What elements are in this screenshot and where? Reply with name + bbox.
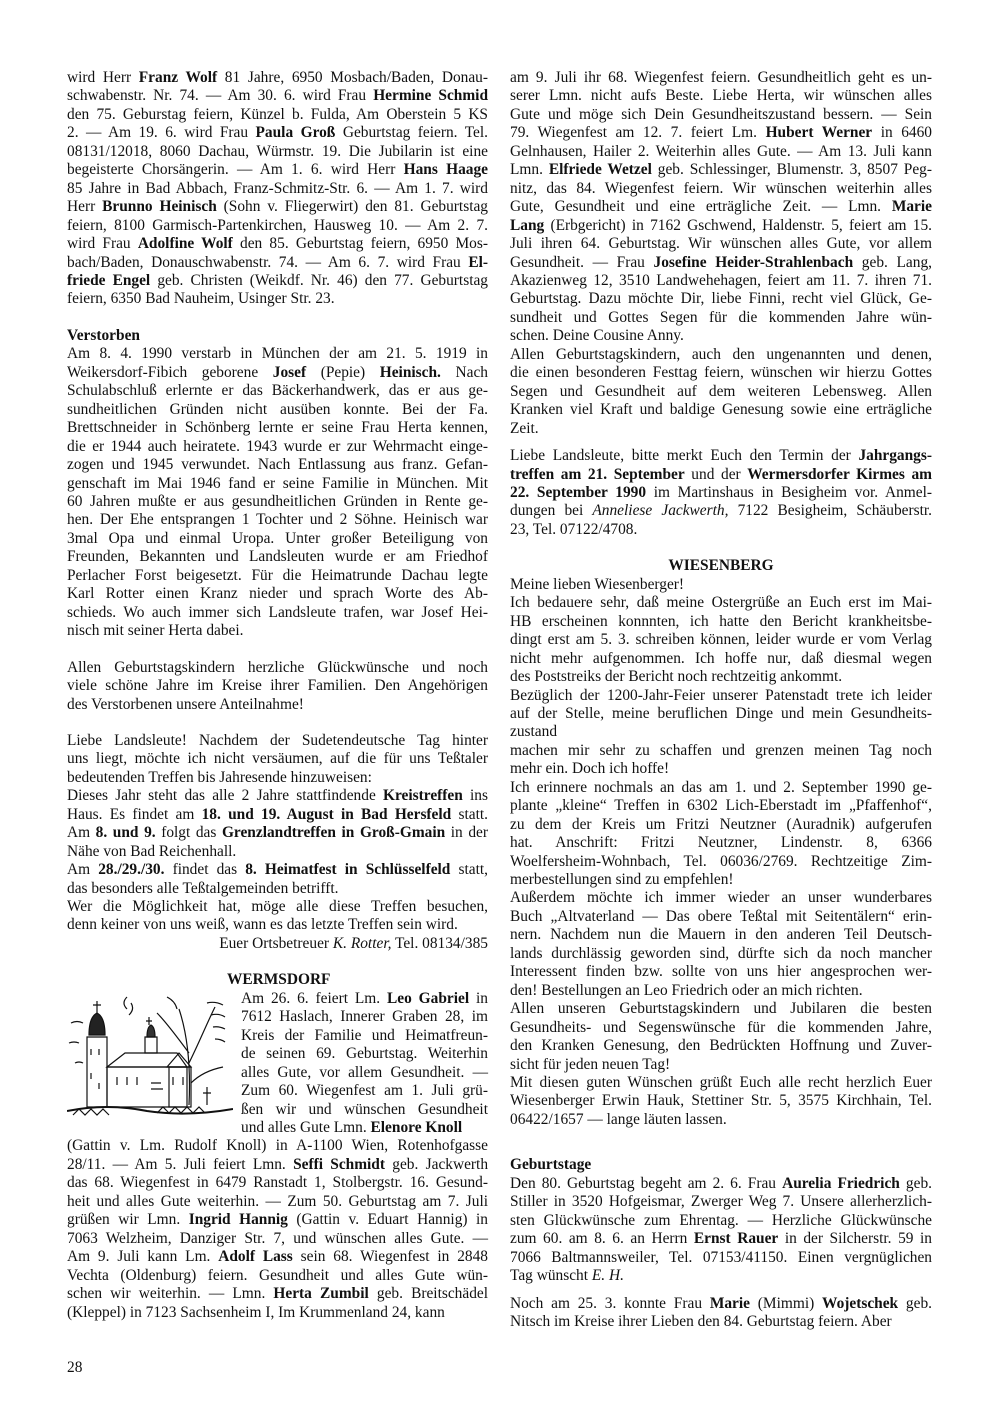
bold-name: Ingrid Hannig xyxy=(189,1211,288,1228)
text-line: feiern, 6350 Bad Nauheim, Usinger Str. 2… xyxy=(67,290,488,308)
text-line: Tag wünscht E. H. xyxy=(510,1267,932,1285)
text-line: bach/Baden, Donauschwabenstr. 74. — Am 6… xyxy=(67,254,488,272)
text-line: treffen am 21. September und der Wermers… xyxy=(510,466,932,484)
text-line: (Gattin v. Lm. Rudolf Knoll) in A-1100 W… xyxy=(67,1137,488,1155)
bold-name: Kreistreffen xyxy=(383,787,463,804)
bold-name: El- xyxy=(468,254,488,271)
text-line: auf der Stelle, meine beruflichen Dinge … xyxy=(510,705,932,723)
bold-name: Elfriede Wetzel xyxy=(549,161,652,178)
text-line: Geburtstag. Dazu möchte Dir, liebe Finni… xyxy=(510,290,932,308)
bold-name: Hermine Schmid xyxy=(373,87,488,104)
birthday-list-continued-right: am 9. Juli ihr 68. Wiegenfest feiern. Ge… xyxy=(510,69,932,438)
section-heading-geburtstage: Geburtstage xyxy=(510,1156,932,1174)
text-line: 85 Jahre in Bad Abbach, Franz-Schmitz-St… xyxy=(67,180,488,198)
text-line: Noch am 25. 3. konnte Frau Marie (Mimmi)… xyxy=(510,1295,932,1313)
section-heading-verstorben: Verstorben xyxy=(67,327,488,345)
bold-name: Josef xyxy=(273,364,306,381)
text-line: nicht mehr aufgenommen. Ich hoffe nur, d… xyxy=(510,650,932,668)
bold-name: Adolfine Wolf xyxy=(138,235,233,252)
bold-name: Hubert Werner xyxy=(766,124,873,141)
text-line: des Verstorbenen unsere Anteilnahme! xyxy=(67,696,488,714)
text-line: Wiesenberger Erwin Hauk, Stettiner Str. … xyxy=(510,1092,932,1110)
text-line: Woelfersheim-Wohnbach, Tel. 06036/2769. … xyxy=(510,853,932,871)
text-line: zogen und 1945 verwundet. Nach Entlassun… xyxy=(67,456,488,474)
text-line: de seinen 69. Geburtstag. Weiterhin xyxy=(241,1045,488,1063)
bold-name: 8. Heimatfest in Schlüsselfeld xyxy=(245,861,450,878)
text-line: 23, Tel. 07122/4708. xyxy=(510,521,932,539)
text-line: uns liegt, möchte ich nicht versäumen, a… xyxy=(67,750,488,768)
greetings-paragraph: Allen Geburtstagskindern herzliche Glück… xyxy=(67,659,488,714)
text-line: dingt erst am 5. 3. schreiben können, le… xyxy=(510,631,932,649)
bold-name: Josefine Heider-Strahlenbach xyxy=(654,254,854,271)
text-line: 28/11. — Am 5. Juli feiert Lmn. Seffi Sc… xyxy=(67,1156,488,1174)
text-line: Karl Rotter einen Kranz nieder und sprac… xyxy=(67,585,488,603)
text-line: Den 80. Geburtstag begeht am 2. 6. Frau … xyxy=(510,1175,932,1193)
section-heading-wermsdorf: WERMSDORF xyxy=(227,971,488,989)
bold-name: Adolf Lass xyxy=(218,1248,293,1265)
text-line: 7612 Haslach, Innerer Graben 28, im xyxy=(241,1008,488,1026)
text-line: 7066 Baltmannsweiler, Tel. 07153/41150. … xyxy=(510,1249,932,1267)
text-line: Außerdem möchte ich immer wieder an unse… xyxy=(510,889,932,907)
wiesenberg-letter: Meine lieben Wiesenberger!Ich bedauere s… xyxy=(510,576,932,1130)
text-line: Lang (Erbgericht) in 7162 Gschwend, Hald… xyxy=(510,217,932,235)
text-line: Meine lieben Wiesenberger! xyxy=(510,576,932,594)
text-line: sundheit und Gottes Segen für die kommen… xyxy=(510,309,932,327)
text-line: Liebe Landsleute! Nachdem der Sudetendeu… xyxy=(67,732,488,750)
signature-line: Euer Ortsbetreuer K. Rotter, Tel. 08134/… xyxy=(67,935,488,953)
text-line: schen. Deine Cousine Anny. xyxy=(510,327,932,345)
text-line: Juli ihren 64. Geburtstag. Wir wünschen … xyxy=(510,235,932,253)
text-line: Gute, Gesundheit und eine erträgliche Ze… xyxy=(510,198,932,216)
text-line: (Kleppel) in 7123 Sachsenheim I, Im Krum… xyxy=(67,1304,488,1322)
text-line: Herr Brunno Heinisch (Sohn v. Fliegerwir… xyxy=(67,198,488,216)
bold-name: Wermersdorfer Kirmes am xyxy=(747,466,932,483)
bold-name: Hans Haage xyxy=(404,161,488,178)
bold-name: Jahrgangs- xyxy=(858,447,932,464)
text-line: Gesundheit. — Frau Josefine Heider-Strah… xyxy=(510,254,932,272)
text-line: begeisterte Chorsängerin. — Am 1. 6. wir… xyxy=(67,161,488,179)
text-line: merbestellungen sind zu empfehlen! xyxy=(510,871,932,889)
text-line: sicht für jeden neuen Tag! xyxy=(510,1056,932,1074)
text-line: Liebe Landsleute, bitte merkt Euch den T… xyxy=(510,447,932,465)
bold-name: 18. und 19. August in Bad Hersfeld xyxy=(202,806,452,823)
text-line: Ich erinnere nochmals an das am 1. und 2… xyxy=(510,779,932,797)
text-line: 08131/12018, 8060 Dachau, Würmstr. 19. D… xyxy=(67,143,488,161)
bold-name: Brunno Heinisch xyxy=(102,198,217,215)
bold-name: Ernst Rauer xyxy=(694,1230,778,1247)
text-line: Akazienweg 12, 3510 Landwehehagen, feier… xyxy=(510,272,932,290)
text-line: lands durchlässig geworden sind, dürfte … xyxy=(510,945,932,963)
bold-name: friede Engel xyxy=(67,272,150,289)
wojetschek-paragraph: Noch am 25. 3. konnte Frau Marie (Mimmi)… xyxy=(510,1295,932,1332)
bold-name: Herta Zumbil xyxy=(273,1285,368,1302)
text-line: Haus. Es findet am 18. und 19. August in… xyxy=(67,806,488,824)
text-line: Stiller in 3520 Hofgeismar, Zwerger Weg … xyxy=(510,1193,932,1211)
text-line: und alles Gute Lmn. Elenore Knoll xyxy=(241,1119,488,1137)
text-line: Am 8. 4. 1990 verstarb in München der am… xyxy=(67,345,488,363)
page-number: 28 xyxy=(67,1359,82,1377)
text-line: 7063 Welzheim, Danziger Str. 7, und wüns… xyxy=(67,1230,488,1248)
bold-name: Seffi Schmidt xyxy=(293,1156,385,1173)
text-line: plante „kleine“ Treffen in 6302 Lich-Ebe… xyxy=(510,797,932,815)
text-line: 79. Wiegenfest am 12. 7. feiert Lm. Hube… xyxy=(510,124,932,142)
bold-name: Heinisch. xyxy=(380,364,441,381)
text-line: die er 1944 auch heiratete. 1943 wurde e… xyxy=(67,438,488,456)
text-line: Perlacher Forst beigesetzt. Für die Heim… xyxy=(67,567,488,585)
text-line: nisch mit seiner Herta dabei. xyxy=(67,622,488,640)
text-line: schwabenstr. Nr. 74. — Am 30. 6. wird Fr… xyxy=(67,87,488,105)
text-line: Nitsch im Kreise ihrer Lieben den 84. Ge… xyxy=(510,1313,932,1331)
text-line: Zeit. xyxy=(510,420,932,438)
bold-name: 8. und 9. xyxy=(96,824,156,841)
text-line: Lmn. Elfriede Wetzel geb. Schlessinger, … xyxy=(510,161,932,179)
text-line: am 9. Juli ihr 68. Wiegenfest feiern. Ge… xyxy=(510,69,932,87)
text-line: feiern, 8100 Garmisch-Partenkirchen, Hau… xyxy=(67,217,488,235)
bold-name: Grenzlandtreffen in Groß-Gmain xyxy=(222,824,445,841)
text-line: Interessent finden bzw. sollte von uns h… xyxy=(510,963,932,981)
text-line: 60 Jahren mußte er aus gesundheitlichen … xyxy=(67,493,488,511)
text-line: die einen besonderen Festtag feiern, wün… xyxy=(510,364,932,382)
text-line: 22. September 1990 im Martinshaus in Bes… xyxy=(510,484,932,502)
text-line: den 75. Geburstag feiern, Künzel b. Fuld… xyxy=(67,106,488,124)
bold-name: 22. September 1990 xyxy=(510,484,646,501)
text-line: Allen unseren Geburtstagskindern und Jub… xyxy=(510,1000,932,1018)
text-line: das besonders alle Teßtalgemeinden betri… xyxy=(67,880,488,898)
text-line: wird Herr Franz Wolf 81 Jahre, 6950 Mosb… xyxy=(67,69,488,87)
text-line: bedeutenden Treffen bis Jahresende hinzu… xyxy=(67,769,488,787)
wermsdorf-section: WERMSDORF xyxy=(67,971,488,1322)
meetings-announcement: Liebe Landsleute! Nachdem der Sudetendeu… xyxy=(67,732,488,935)
text-line: ßen wir und wünschen Gesundheit xyxy=(241,1101,488,1119)
text-line: HB erscheinen konnnten, ich hatte den Be… xyxy=(510,613,932,631)
text-line: zum 60. am 8. 6. an Herrn Ernst Rauer in… xyxy=(510,1230,932,1248)
bold-name: Lang xyxy=(510,217,544,234)
text-line: hen. Der Ehe entsprangen 1 Tochter und 2… xyxy=(67,511,488,529)
text-line: schen wir weiterhin. — Lmn. Herta Zumbil… xyxy=(67,1285,488,1303)
text-line: Brettschneider in Schönberg lernte er se… xyxy=(67,419,488,437)
bold-name: Marie xyxy=(710,1295,750,1312)
text-line: Buch „Altvaterland — Das obere Teßtal mi… xyxy=(510,908,932,926)
text-line: 06422/1657 — lange läuten lassen. xyxy=(510,1111,932,1129)
text-line: 3mal Opa und einmal Uropa. Unter großer … xyxy=(67,530,488,548)
text-line: 2. — Am 19. 6. wird Frau Paula Groß Gebu… xyxy=(67,124,488,142)
bold-name: 28./29./30. xyxy=(98,861,164,878)
text-line: Freunden, Bekannten und Landsleuten wurd… xyxy=(67,548,488,566)
text-line: Zum 60. Wiegenfest am 1. Juli grü- xyxy=(241,1082,488,1100)
text-line: Wer die Möglichkeit hat, möge alle diese… xyxy=(67,898,488,916)
text-line: Am 8. und 9. folgt das Grenzlandtreffen … xyxy=(67,824,488,842)
signature-name: K. Rotter, xyxy=(333,935,392,952)
text-line: Schulabschluß erlernte er das Bäckerhand… xyxy=(67,382,488,400)
text-line: dungen bei Anneliese Jackwerth, 7122 Bes… xyxy=(510,502,932,520)
text-line: machen mir sehr zu schaffen und grenzen … xyxy=(510,742,932,760)
text-line: wird Frau Adolfine Wolf den 85. Geburtst… xyxy=(67,235,488,253)
bold-name: Paula Groß xyxy=(256,124,336,141)
bold-name: Leo Gabriel xyxy=(387,990,469,1007)
text-line: Ich bedauere sehr, daß meine Ostergrüße … xyxy=(510,594,932,612)
text-line: Am 26. 6. feiert Lm. Leo Gabriel in xyxy=(241,990,488,1008)
text-line: Weikersdorf-Fibich geborene Josef (Pepie… xyxy=(67,364,488,382)
text-line: Kranken viel Kraft und baldige Genesung … xyxy=(510,401,932,419)
text-line: Am 9. Juli kann Lm. Adolf Lass sein 68. … xyxy=(67,1248,488,1266)
italic-name: E. H. xyxy=(592,1267,624,1284)
text-line: serer Lmn. nicht aufs Beste. Liebe Herta… xyxy=(510,87,932,105)
bold-name: Franz Wolf xyxy=(139,69,217,86)
text-line: Am 28./29./30. findet das 8. Heimatfest … xyxy=(67,861,488,879)
text-line: grüßen wir Lmn. Ingrid Hannig (Gattin v.… xyxy=(67,1211,488,1229)
text-line: mehr ein. Doch ich hoffe! xyxy=(510,760,932,778)
obituary-paragraph: Am 8. 4. 1990 verstarb in München der am… xyxy=(67,345,488,640)
bold-name: Aurelia Friedrich xyxy=(782,1175,900,1192)
reunion-date-notice: Liebe Landsleute, bitte merkt Euch den T… xyxy=(510,447,932,539)
wermsdorf-full-text: (Gattin v. Lm. Rudolf Knoll) in A-1100 W… xyxy=(67,1137,488,1322)
birthday-list-continued: wird Herr Franz Wolf 81 Jahre, 6950 Mosb… xyxy=(67,69,488,309)
text-line: zustand xyxy=(510,723,932,741)
left-column: wird Herr Franz Wolf 81 Jahre, 6950 Mosb… xyxy=(67,69,488,1322)
text-line: schieds. Wo auch immer sich Landsleute t… xyxy=(67,604,488,622)
text-line: Allen Geburtstagskindern, auch den ungen… xyxy=(510,346,932,364)
bold-name: Elenore Knoll xyxy=(371,1119,463,1136)
text-line: das 68. Wiegenfest in 6479 Ranstadt 1, S… xyxy=(67,1174,488,1192)
text-line: Dieses Jahr steht das alle 2 Jahre statt… xyxy=(67,787,488,805)
text-line: nitz, das 84. Wiegenfest feiern. Wir wün… xyxy=(510,180,932,198)
italic-name: Anneliese Jackwerth, xyxy=(592,502,728,519)
bold-name: treffen am 21. September xyxy=(510,466,685,483)
text-line: viele schöne Jahre im Kreise ihrer Famil… xyxy=(67,677,488,695)
geburtstage-paragraph: Den 80. Geburtstag begeht am 2. 6. Frau … xyxy=(510,1175,932,1286)
bold-name: Marie xyxy=(892,198,932,215)
right-column: am 9. Juli ihr 68. Wiegenfest feiern. Ge… xyxy=(510,69,932,1331)
text-line: friede Engel geb. Christen (Weikdf. Nr. … xyxy=(67,272,488,290)
text-line: Gute und möge sich Dein Gesundheitszusta… xyxy=(510,106,932,124)
bold-name: Wojetschek xyxy=(822,1295,898,1312)
text-line: genschaft im Mai 1946 fand er seine Fami… xyxy=(67,475,488,493)
text-line: sten Glückwünsche zum Ehrentag. — Herzli… xyxy=(510,1212,932,1230)
text-line: Mit diesen guten Wünschen grüßt Euch all… xyxy=(510,1074,932,1092)
text-line: hat. Anschrift: Fritzi Neutzner, Lindens… xyxy=(510,834,932,852)
text-line: Allen Geburtstagskindern herzliche Glück… xyxy=(67,659,488,677)
text-line: des Poststreiks der Bericht noch rechtze… xyxy=(510,668,932,686)
text-line: zu dem der Kreis um Fritzi Neutzner (Aur… xyxy=(510,816,932,834)
text-line: sundheitlichen Gründen nicht ausüben kon… xyxy=(67,401,488,419)
text-line: Gesundheits- und Segenswünsche für die k… xyxy=(510,1019,932,1037)
text-line: Kreis der Familie und Heimatfreun- xyxy=(241,1027,488,1045)
text-line: Vechta (Oldenburg) feiern. Gesundheit un… xyxy=(67,1267,488,1285)
text-line: Nähe von Bad Reichenhall. xyxy=(67,843,488,861)
text-line: alles Gute, vor allem Gesundheit. — xyxy=(241,1064,488,1082)
text-line: Segen und Gesundheit auf dem weiteren Le… xyxy=(510,383,932,401)
text-line: den! Bestellungen an Leo Friedrich oder … xyxy=(510,982,932,1000)
text-line: denn keiner von uns weiß, wann es das le… xyxy=(67,916,488,934)
text-line: Gelnhausen, Hailer 2. Weiterhin alles Gu… xyxy=(510,143,932,161)
church-sketch-illustration xyxy=(67,993,233,1121)
text-line: Bezüglich der 1200-Jahr-Feier unserer Pa… xyxy=(510,687,932,705)
text-line: heit und alles Gute weiterhin. — Zum 50.… xyxy=(67,1193,488,1211)
text-line: nern. Nachdem nun die Mauern in den ande… xyxy=(510,926,932,944)
section-heading-wiesenberg: WIESENBERG xyxy=(510,557,932,575)
text-line: den Kranken Genesung, den Bedrückten Hof… xyxy=(510,1037,932,1055)
